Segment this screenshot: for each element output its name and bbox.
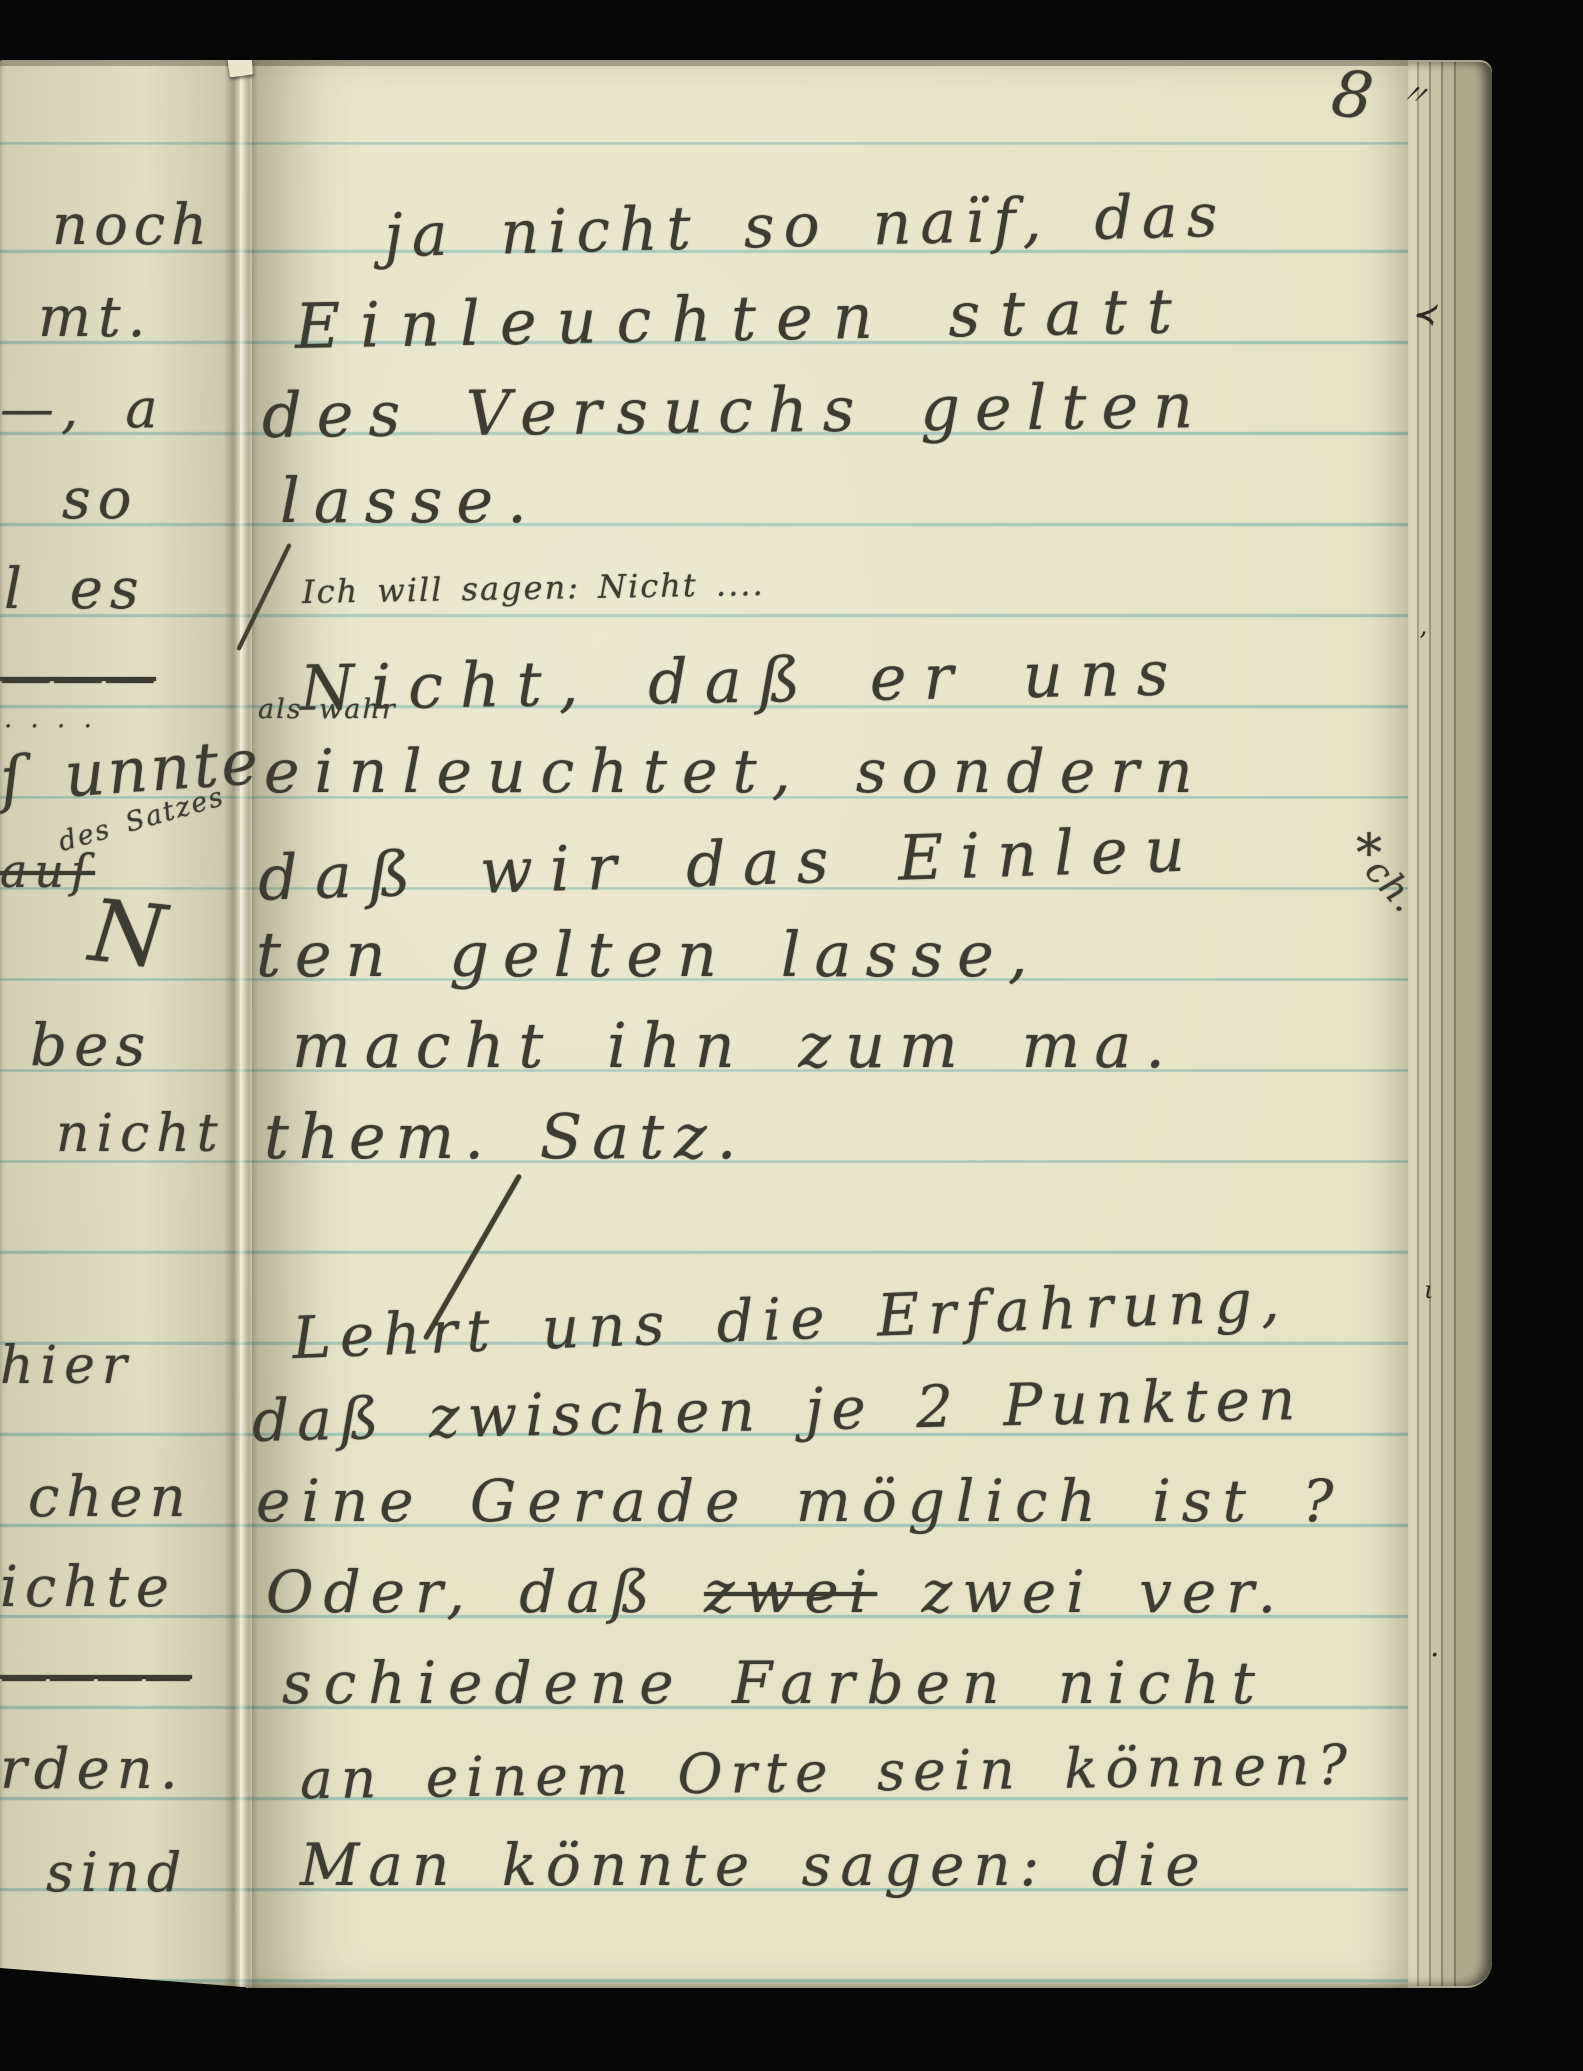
background-top bbox=[0, 0, 1583, 60]
handwritten-line: Nicht, daß er uns bbox=[300, 642, 1187, 719]
handwritten-line: Man könnte sagen: die bbox=[300, 1836, 1209, 1894]
handwritten-line: an einem Orte sein können? bbox=[300, 1738, 1356, 1808]
edge-mark: ≺ bbox=[1412, 298, 1435, 331]
handwritten-line: des Versuchs gelten bbox=[262, 375, 1209, 447]
left-page-fragment: bes bbox=[30, 1016, 152, 1074]
left-page-fragment: noch bbox=[52, 198, 213, 254]
handwritten-line: lasse. bbox=[280, 470, 541, 532]
line-text: Oder, daß bbox=[266, 1558, 660, 1626]
handwritten-line: eine Gerade möglich ist ? bbox=[256, 1472, 1344, 1530]
left-page-fragment: —, a bbox=[0, 382, 165, 436]
left-page-fragment: N bbox=[86, 888, 177, 982]
line-text: zwei ver. bbox=[877, 1558, 1286, 1626]
left-page-fragment: sind bbox=[46, 1846, 188, 1900]
interlinear-note: Ich will sagen: Nicht .... bbox=[302, 568, 765, 608]
left-page-fragment: ———— bbox=[0, 1652, 192, 1700]
handwritten-line: Einleuchten statt bbox=[295, 280, 1193, 358]
handwritten-line: ten gelten lasse, bbox=[256, 924, 1042, 986]
page-number: 8 bbox=[1328, 62, 1376, 130]
left-page-fragment: ——— bbox=[0, 652, 156, 704]
left-page-fragment: auſ bbox=[0, 848, 95, 894]
left-page-fragment: hier bbox=[0, 1340, 134, 1392]
handwritten-line: Oder, daß zwei zwei ver. bbox=[266, 1563, 1286, 1621]
interlinear-insertion: als wahr bbox=[258, 696, 397, 723]
edge-mark: ʼ bbox=[1418, 628, 1426, 658]
left-page-fragment: · · · · bbox=[4, 714, 94, 740]
background-bottom bbox=[0, 1988, 1583, 2071]
edge-mark: · bbox=[1430, 1638, 1440, 1673]
left-page-fragment: chen bbox=[28, 1470, 193, 1526]
handwritten-line: macht ihn zum ma. bbox=[292, 1015, 1179, 1077]
handwritten-line: them. Satz. bbox=[264, 1106, 746, 1168]
notebook-photo: 8 ja nicht so naïf, das Einleuchten stat… bbox=[0, 0, 1583, 2071]
left-page-fragment: ichte bbox=[0, 1560, 176, 1616]
left-page-fragment: nicht bbox=[56, 1108, 225, 1160]
left-page-fragment: l es bbox=[4, 562, 146, 618]
left-page-fragment: mt. bbox=[38, 290, 152, 346]
handwritten-line: schiedene Farben nicht bbox=[282, 1654, 1267, 1712]
fore-edge-page-stack bbox=[1408, 62, 1492, 1986]
left-page-fragment: rden. bbox=[0, 1742, 185, 1798]
handwritten-line: einleuchtet, sondern bbox=[264, 742, 1208, 802]
edge-mark: ι bbox=[1424, 1276, 1433, 1304]
left-page-fragment: so bbox=[62, 472, 138, 528]
gutter-crease bbox=[224, 60, 258, 1988]
strikethrough-word: zwei bbox=[704, 1558, 877, 1626]
